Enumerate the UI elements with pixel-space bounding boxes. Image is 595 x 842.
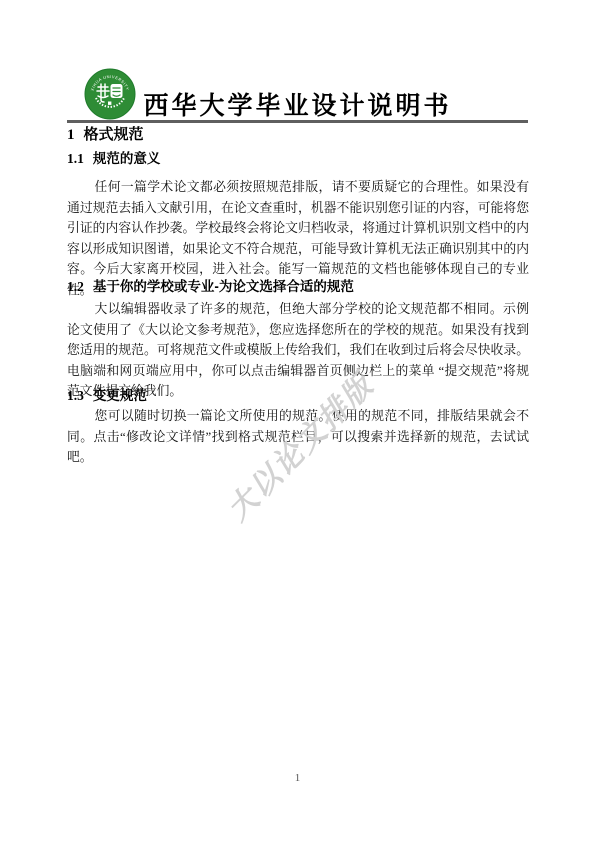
section-1-number: 1 — [67, 127, 75, 143]
section-1-1-number: 1.1 — [67, 151, 84, 166]
section-1-3-number: 1.3 — [67, 388, 84, 403]
section-1-2-title: 基于你的学校或专业-为论文选择合适的规范 — [93, 279, 354, 294]
section-1-2-paragraph: 大以编辑器收录了许多的规范，但绝大部分学校的论文规范都不相同。示例论文使用了《大… — [67, 299, 529, 402]
section-1-2-heading: 1.2基于你的学校或专业-为论文选择合适的规范 — [67, 280, 354, 295]
document-title: 西华大学毕业设计说明书 — [0, 86, 595, 122]
page-number: 1 — [0, 772, 595, 784]
section-1-heading: 1格式规范 — [67, 127, 144, 144]
section-1-title: 格式规范 — [84, 126, 144, 143]
section-1-1-title: 规范的意义 — [93, 151, 161, 166]
section-1-2-number: 1.2 — [67, 279, 84, 294]
header-divider — [67, 120, 528, 123]
section-1-1-heading: 1.1规范的意义 — [67, 152, 160, 167]
section-1-3-paragraph: 您可以随时切换一篇论文所使用的规范。使用的规范不同，排版结果就会不同。点击“修改… — [67, 406, 529, 468]
section-1-3-heading: 1.3变更规范 — [67, 389, 147, 404]
section-1-3-title: 变更规范 — [93, 388, 147, 403]
document-page: XIHUA UNIVERSITY 西华大学毕业设计说明书 1格式 — [0, 0, 595, 842]
